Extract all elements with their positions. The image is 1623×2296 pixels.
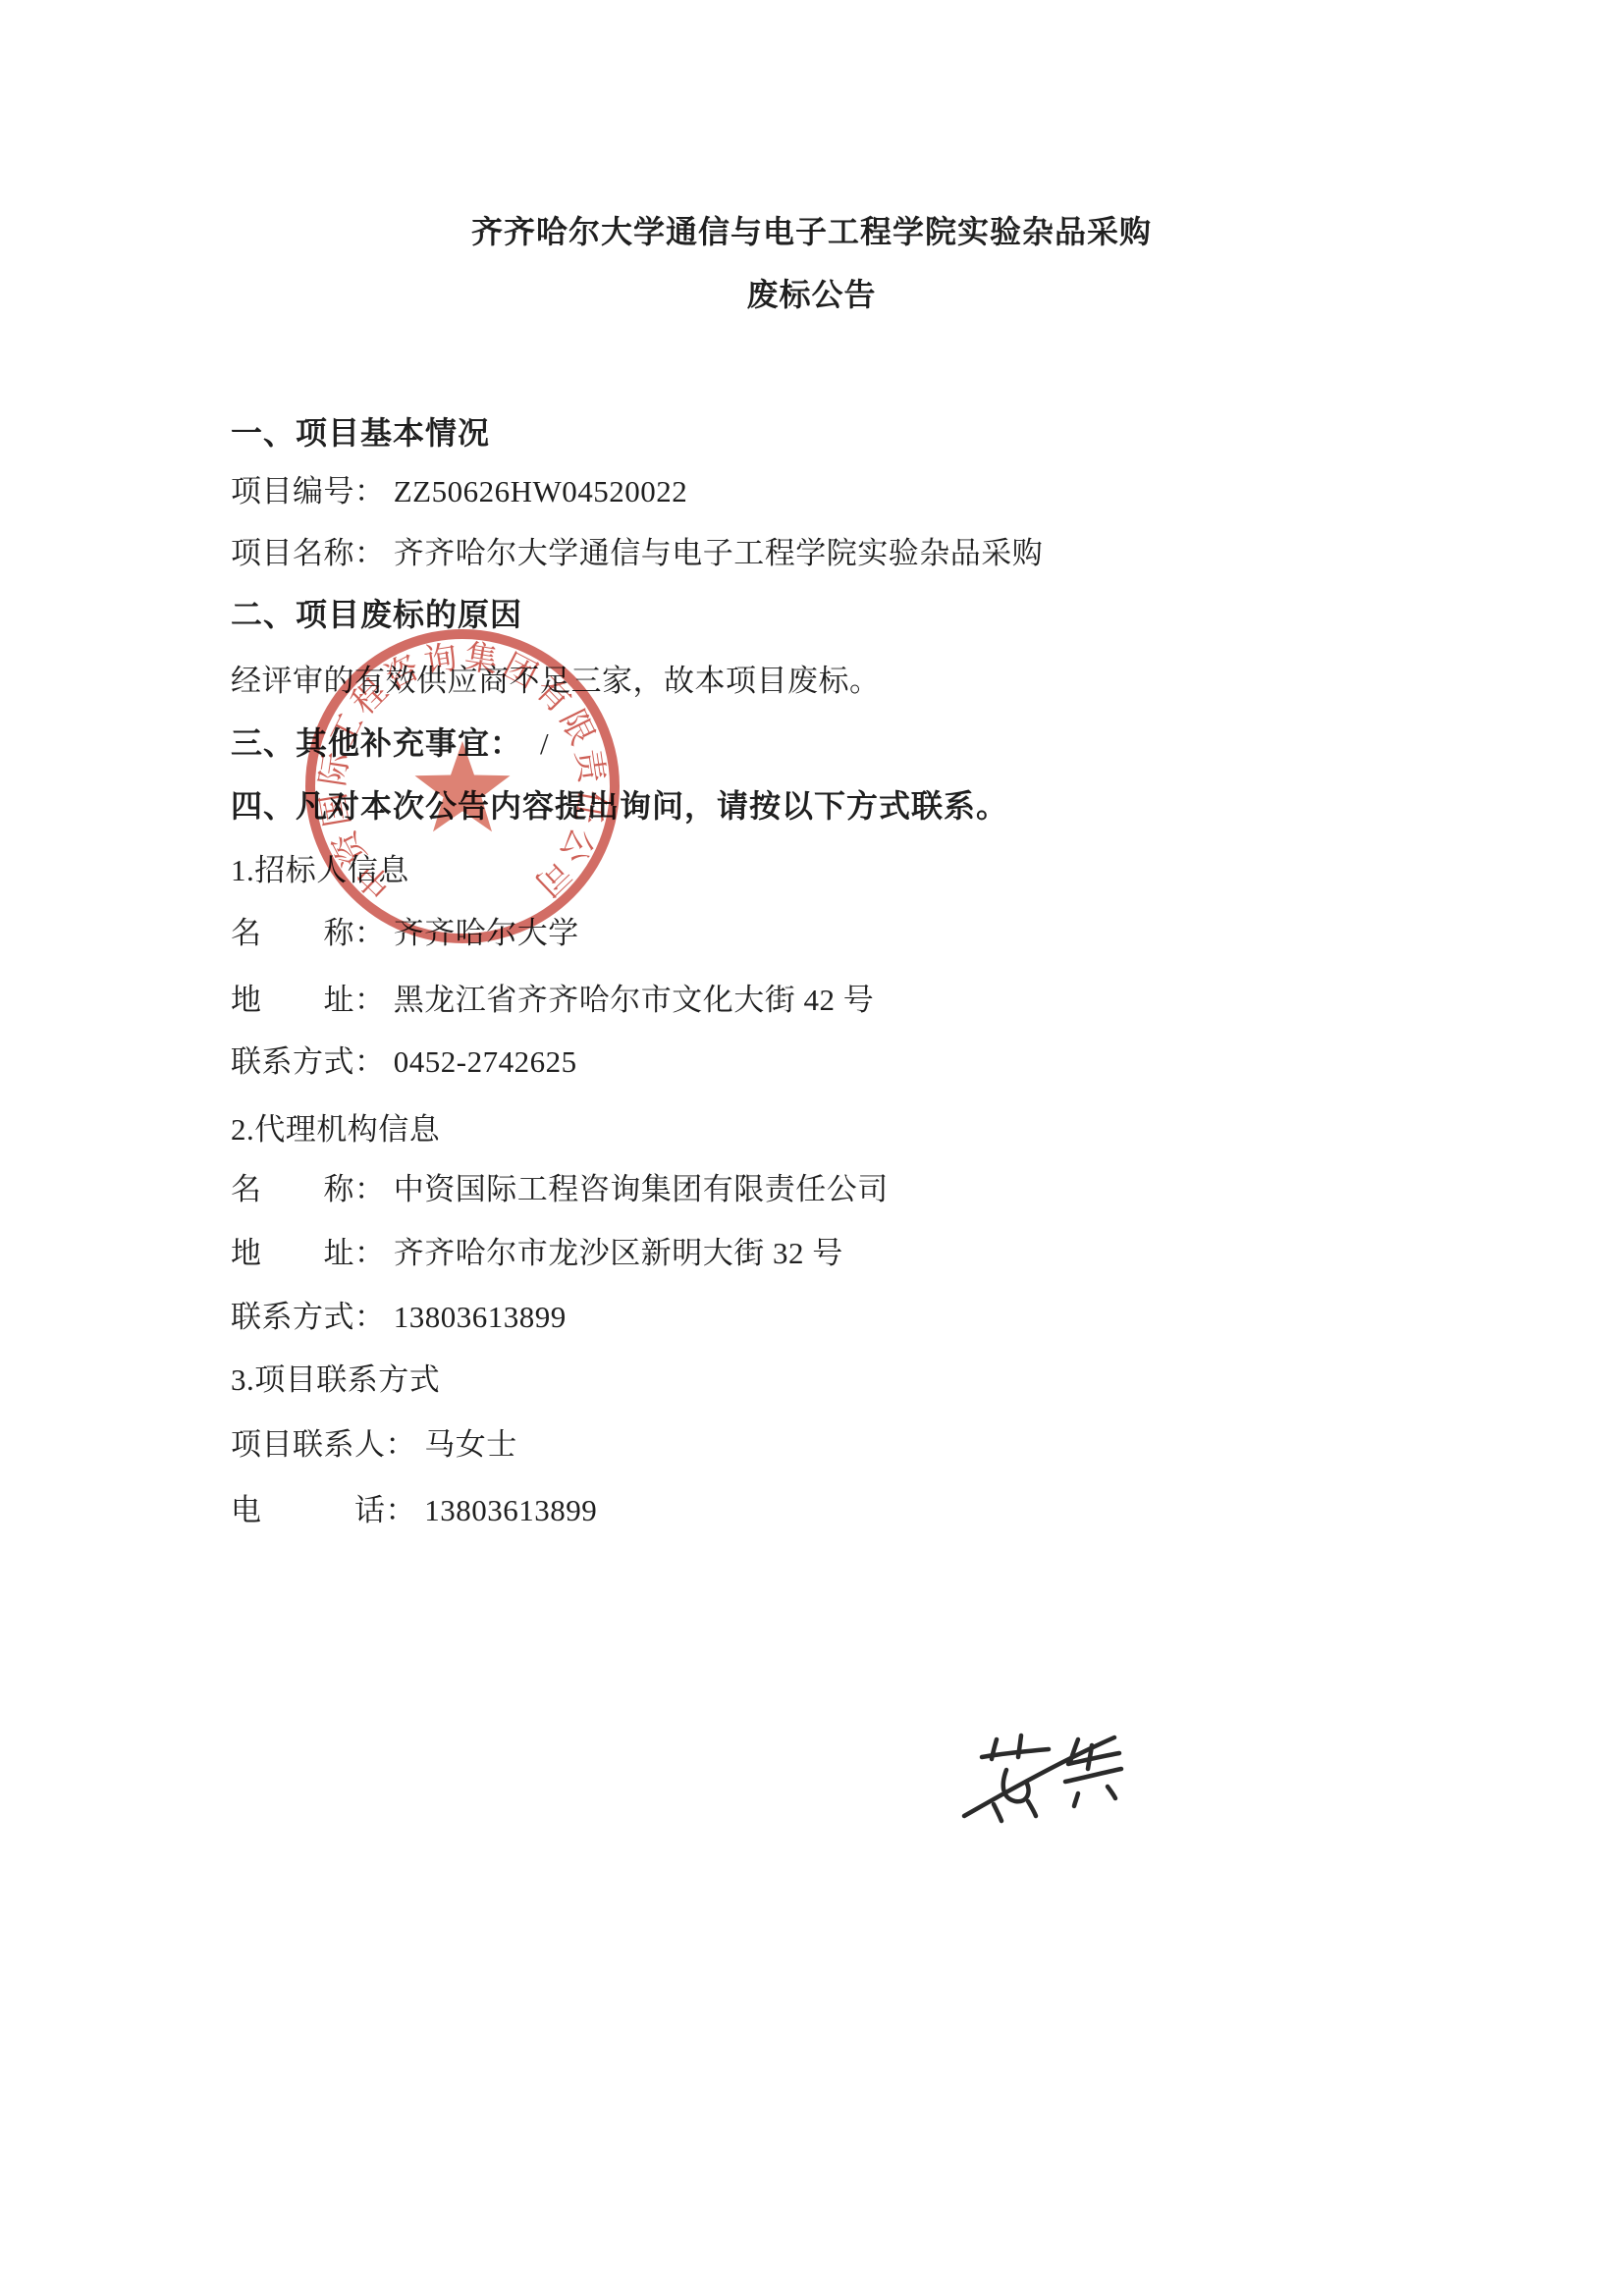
agency-info-heading: 2.代理机构信息 [231, 1111, 440, 1148]
company-seal-stamp: 中资国际工程咨询集团有限责任公司 [296, 619, 629, 953]
handwritten-signature [943, 1713, 1139, 1841]
project-contact-heading: 3.项目联系方式 [231, 1362, 440, 1398]
announcement-document-page: 齐齐哈尔大学通信与电子工程学院实验杂品采购 废标公告 一、项目基本情况 项目编号… [0, 0, 1623, 2296]
seal-star-icon [415, 741, 511, 831]
agency-address-line: 地 址： 齐齐哈尔市龙沙区新明大街 32 号 [231, 1235, 843, 1271]
document-title: 齐齐哈尔大学通信与电子工程学院实验杂品采购 [0, 214, 1623, 250]
project-name-line: 项目名称： 齐齐哈尔大学通信与电子工程学院实验杂品采购 [231, 535, 1043, 571]
tenderer-contact-line: 联系方式： 0452-2742625 [231, 1043, 577, 1080]
document-subtitle: 废标公告 [0, 277, 1623, 313]
agency-contact-line: 联系方式： 13803613899 [231, 1299, 567, 1335]
signature-strokes [943, 1713, 1139, 1841]
section-1-heading: 一、项目基本情况 [231, 415, 490, 452]
project-number-line: 项目编号： ZZ50626HW04520022 [231, 473, 687, 509]
agency-name-line: 名 称： 中资国际工程咨询集团有限责任公司 [231, 1171, 889, 1207]
project-contact-phone-line: 电 话： 13803613899 [231, 1492, 597, 1528]
seal-graphic: 中资国际工程咨询集团有限责任公司 [296, 619, 629, 953]
tenderer-address-line: 地 址： 黑龙江省齐齐哈尔市文化大街 42 号 [231, 982, 874, 1018]
project-contact-person-line: 项目联系人： 马女士 [231, 1426, 517, 1463]
